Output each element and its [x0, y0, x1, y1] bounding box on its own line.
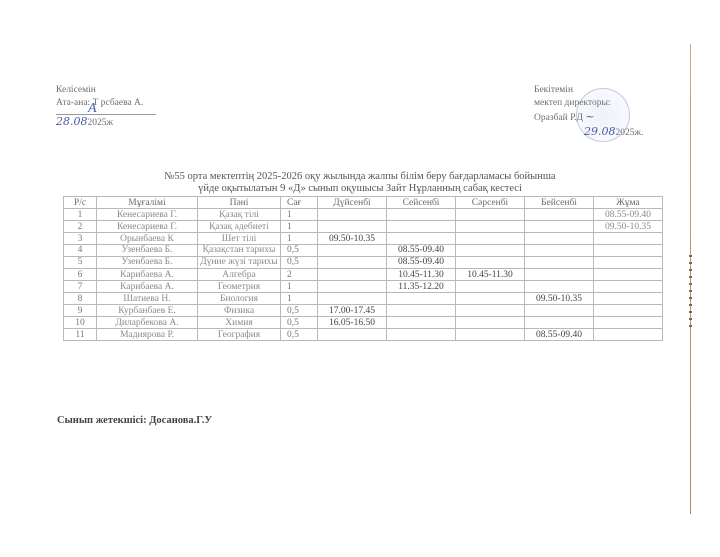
friday-cell [594, 317, 663, 329]
friday-cell [594, 329, 663, 341]
approval-left-date: 28.082025ж [56, 115, 156, 130]
thursday-cell [525, 305, 594, 317]
teacher-cell: Диларбекова А. [97, 317, 198, 329]
tuesday-cell: 08.55-09.40 [387, 257, 456, 269]
hours-cell: 0,5 [281, 329, 318, 341]
wednesday-cell [456, 305, 525, 317]
wednesday-cell [456, 281, 525, 293]
subject-cell: Шет тілі [198, 233, 281, 245]
wednesday-cell [456, 257, 525, 269]
monday-cell [318, 281, 387, 293]
title-line-2: үйде оқытылатын 9 «Д» сынып оқушысы Зайт… [140, 183, 580, 195]
monday-cell: 16.05-16.50 [318, 317, 387, 329]
thursday-cell [525, 233, 594, 245]
document-title: №55 орта мектептің 2025-2026 оқу жылында… [140, 171, 580, 195]
teacher-cell: Узенбаева Б. [97, 245, 198, 257]
approval-left-heading: Келісемін [56, 84, 156, 97]
wednesday-cell [456, 233, 525, 245]
tuesday-cell [387, 329, 456, 341]
monday-cell [318, 269, 387, 281]
approval-right-role: мектеп директоры: [534, 97, 643, 110]
teacher-cell: Карибаева А. [97, 269, 198, 281]
director-name: Оразбай Р.Д [534, 113, 583, 123]
header-num: Р/с [64, 197, 97, 209]
friday-cell [594, 281, 663, 293]
table-row: 5Узенбаева Б.Дүние жүзі тарихы0,508.55-0… [64, 257, 663, 269]
row-num: 1 [64, 209, 97, 221]
monday-cell [318, 257, 387, 269]
thursday-cell: 08.55-09.40 [525, 329, 594, 341]
wednesday-cell [456, 209, 525, 221]
wednesday-cell [456, 293, 525, 305]
table-row: 4Узенбаева Б.Қазақстан тарихы0,508.55-09… [64, 245, 663, 257]
row-num: 8 [64, 293, 97, 305]
tuesday-cell: 10.45-11.30 [387, 269, 456, 281]
teacher-cell: Узенбаева Б. [97, 257, 198, 269]
teacher-cell: Орынбаева К [97, 233, 198, 245]
subject-cell: Алгебра [198, 269, 281, 281]
monday-cell [318, 245, 387, 257]
handwritten-date: 29.08 [584, 125, 616, 138]
approval-left-block: Келісемін Ата-ана: Т рсбаева А. А 28.082… [56, 84, 156, 130]
schedule-table: Р/с Мұғалімі Пәні Сағ Дүйсенбі Сейсенбі … [63, 196, 663, 341]
table-row: 2Кенесариева Г.Қазақ әдебиеті109.50-10.3… [64, 221, 663, 233]
header-subject: Пәні [198, 197, 281, 209]
subject-cell: Химия [198, 317, 281, 329]
header-friday: Жұма [594, 197, 663, 209]
hours-cell: 1 [281, 233, 318, 245]
row-num: 10 [64, 317, 97, 329]
signature-mark: А [88, 102, 97, 115]
friday-cell [594, 257, 663, 269]
monday-cell [318, 293, 387, 305]
table-row: 7Карибаева А.Геометрия111.35-12.20 [64, 281, 663, 293]
page-edge-marks [689, 255, 692, 330]
wednesday-cell [456, 221, 525, 233]
hours-cell: 2 [281, 269, 318, 281]
approval-right-block: Бекітемін мектеп директоры: Оразбай Р.Д … [534, 84, 643, 140]
header-thursday: Бейсенбі [525, 197, 594, 209]
wednesday-cell [456, 329, 525, 341]
header-monday: Дүйсенбі [318, 197, 387, 209]
thursday-cell [525, 221, 594, 233]
monday-cell: 09.50-10.35 [318, 233, 387, 245]
hours-cell: 1 [281, 209, 318, 221]
header-teacher: Мұғалімі [97, 197, 198, 209]
hours-cell: 1 [281, 281, 318, 293]
header-wednesday: Сәрсенбі [456, 197, 525, 209]
approval-right-name-line: Оразбай Р.Д ~ [534, 110, 643, 125]
tuesday-cell [387, 209, 456, 221]
tuesday-cell: 11.35-12.20 [387, 281, 456, 293]
tuesday-cell [387, 293, 456, 305]
tuesday-cell [387, 233, 456, 245]
subject-cell: Биология [198, 293, 281, 305]
thursday-cell: 09.50-10.35 [525, 293, 594, 305]
table-header-row: Р/с Мұғалімі Пәні Сағ Дүйсенбі Сейсенбі … [64, 197, 663, 209]
hours-cell: 0,5 [281, 257, 318, 269]
hours-cell: 0,5 [281, 317, 318, 329]
teacher-cell: Карибаева А. [97, 281, 198, 293]
thursday-cell [525, 245, 594, 257]
tuesday-cell [387, 221, 456, 233]
subject-cell: Дүние жүзі тарихы [198, 257, 281, 269]
row-num: 7 [64, 281, 97, 293]
approval-right-heading: Бекітемін [534, 84, 643, 97]
hours-cell: 0,5 [281, 245, 318, 257]
handwritten-date: 28.08 [56, 115, 88, 128]
teacher-cell: Курбанбаев Е. [97, 305, 198, 317]
subject-cell: География [198, 329, 281, 341]
teacher-cell: Кенесариева Г. [97, 221, 198, 233]
teacher-cell: Шатиева Н. [97, 293, 198, 305]
table-row: 10Диларбекова А.Химия0,516.05-16.50 [64, 317, 663, 329]
approval-left-parent: Ата-ана: Т рсбаева А. [56, 97, 156, 110]
row-num: 3 [64, 233, 97, 245]
header-tuesday: Сейсенбі [387, 197, 456, 209]
table-row: 11Мадиярова Р.География0,508.55-09.40 [64, 329, 663, 341]
teacher-cell: Мадиярова Р. [97, 329, 198, 341]
thursday-cell [525, 269, 594, 281]
row-num: 5 [64, 257, 97, 269]
row-num: 11 [64, 329, 97, 341]
table-row: 3Орынбаева КШет тілі109.50-10.35 [64, 233, 663, 245]
teacher-cell: Кенесариева Г. [97, 209, 198, 221]
subject-cell: Қазақ әдебиеті [198, 221, 281, 233]
subject-cell: Қазақ тілі [198, 209, 281, 221]
table-row: 8Шатиева Н.Биология109.50-10.35 [64, 293, 663, 305]
table-row: 6Карибаева А.Алгебра210.45-11.3010.45-11… [64, 269, 663, 281]
approval-right-date: 29.082025ж. [534, 125, 643, 140]
subject-cell: Физика [198, 305, 281, 317]
table-row: 9Курбанбаев Е.Физика0,517.00-17.45 [64, 305, 663, 317]
friday-cell [594, 233, 663, 245]
friday-cell [594, 269, 663, 281]
friday-cell [594, 293, 663, 305]
row-num: 9 [64, 305, 97, 317]
friday-cell: 09.50-10.35 [594, 221, 663, 233]
friday-cell [594, 305, 663, 317]
monday-cell [318, 221, 387, 233]
row-num: 2 [64, 221, 97, 233]
thursday-cell [525, 317, 594, 329]
row-num: 6 [64, 269, 97, 281]
thursday-cell [525, 257, 594, 269]
friday-cell [594, 245, 663, 257]
hours-cell: 0,5 [281, 305, 318, 317]
subject-cell: Геометрия [198, 281, 281, 293]
director-signature: ~ [585, 110, 594, 123]
thursday-cell [525, 209, 594, 221]
class-teacher-signature: Сынып жетекшісі: Досанова.Г.У [57, 415, 212, 426]
row-num: 4 [64, 245, 97, 257]
monday-cell: 17.00-17.45 [318, 305, 387, 317]
tuesday-cell: 08.55-09.40 [387, 245, 456, 257]
thursday-cell [525, 281, 594, 293]
wednesday-cell [456, 317, 525, 329]
table-row: 1Кенесариева Г.Қазақ тілі108.55-09.40 [64, 209, 663, 221]
friday-cell: 08.55-09.40 [594, 209, 663, 221]
wednesday-cell [456, 245, 525, 257]
hours-cell: 1 [281, 221, 318, 233]
tuesday-cell [387, 305, 456, 317]
date-suffix: 2025ж. [616, 128, 644, 138]
tuesday-cell [387, 317, 456, 329]
monday-cell [318, 329, 387, 341]
hours-cell: 1 [281, 293, 318, 305]
header-hours: Сағ [281, 197, 318, 209]
schedule-body: 1Кенесариева Г.Қазақ тілі108.55-09.402Ке… [64, 209, 663, 341]
date-suffix: 2025ж [88, 118, 114, 128]
signature-line: А [56, 110, 156, 115]
wednesday-cell: 10.45-11.30 [456, 269, 525, 281]
title-line-1: №55 орта мектептің 2025-2026 оқу жылында… [140, 171, 580, 183]
monday-cell [318, 209, 387, 221]
subject-cell: Қазақстан тарихы [198, 245, 281, 257]
